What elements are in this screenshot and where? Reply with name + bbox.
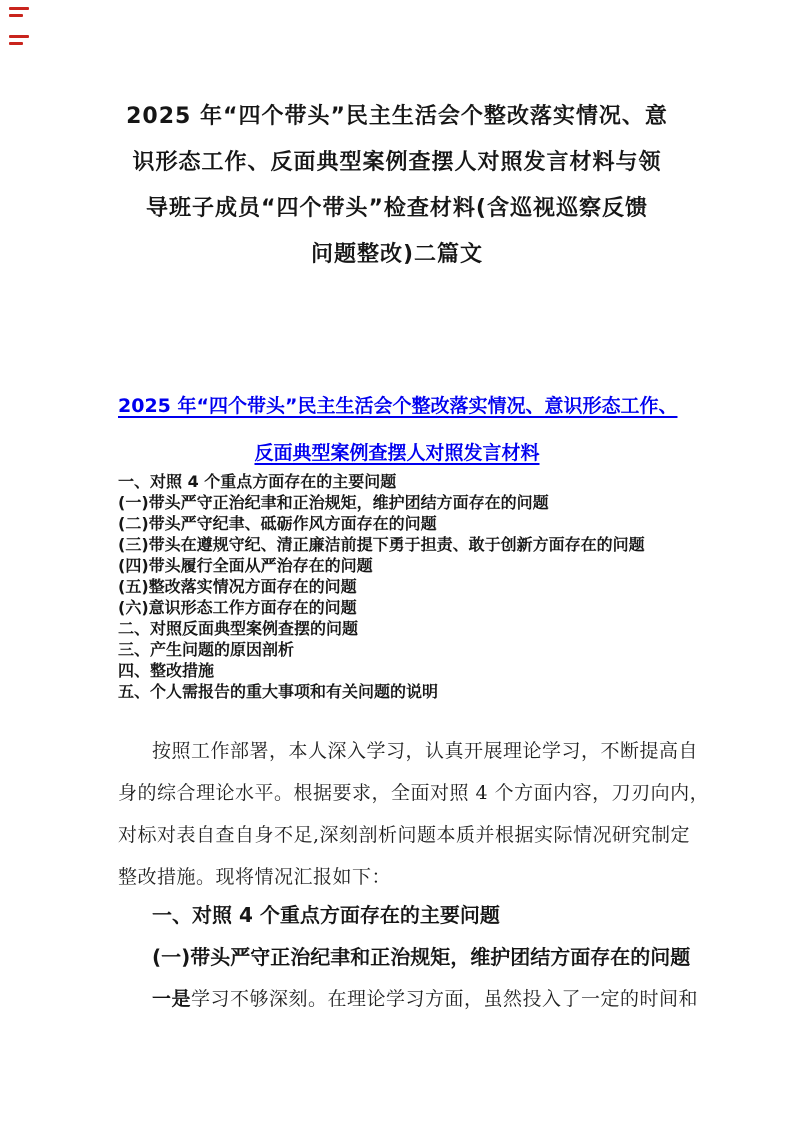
toc-item: (三)带头在遵规守纪、清正廉洁前提下勇于担责、敢于创新方面存在的问题: [118, 534, 676, 555]
document-title-line: 2025 年“四个带头”民主生活会个整改落实情况、意: [118, 94, 676, 140]
paragraph-lead-in: 一是: [152, 988, 191, 1010]
red-annotation-mark: [9, 7, 29, 20]
toc-item: 二、对照反面典型案例查摆的问题: [118, 618, 676, 639]
document-page: 2025 年“四个带头”民主生活会个整改落实情况、意 识形态工作、反面典型案例查…: [0, 0, 793, 1122]
document-title-line: 问题整改)二篇文: [118, 232, 676, 278]
paragraph-line: 对标对表自查自身不足,深刻剖析问题本质并根据实际情况研究制定: [118, 814, 676, 856]
toc-item: (六)意识形态工作方面存在的问题: [118, 597, 676, 618]
toc-item: 五、个人需报告的重大事项和有关问题的说明: [118, 681, 676, 702]
article-link-line: 反面典型案例查摆人对照发言材料: [118, 430, 676, 477]
toc-item: (二)带头严守纪聿、砥砺作风方面存在的问题: [118, 513, 676, 534]
table-of-contents: 一、对照 4 个重点方面存在的主要问题 (一)带头严守正治纪聿和正治规矩，维护团…: [118, 471, 676, 702]
subsection-heading: (一)带头严守正治纪聿和正治规矩，维护团结方面存在的问题: [118, 936, 676, 978]
body-paragraph: 一是学习不够深刻。在理论学习方面，虽然投入了一定的时间和: [118, 978, 676, 1020]
red-mark-stroke: [9, 42, 23, 45]
article-hyperlink[interactable]: 2025 年“四个带头”民主生活会个整改落实情况、意识形态工作、: [118, 395, 677, 417]
toc-item: 三、产生问题的原因剖析: [118, 639, 676, 660]
toc-item: 四、整改措施: [118, 660, 676, 681]
red-annotation-mark: [9, 35, 29, 48]
paragraph-text: 学习不够深刻。在理论学习方面，虽然投入了一定的时间和: [191, 988, 698, 1010]
paragraph-line: 整改措施。现将情况汇报如下：: [118, 856, 676, 898]
article-hyperlink[interactable]: 反面典型案例查摆人对照发言材料: [254, 442, 539, 464]
toc-item: (一)带头严守正治纪聿和正治规矩，维护团结方面存在的问题: [118, 492, 676, 513]
document-title-line: 导班子成员“四个带头”检查材料(含巡视巡察反馈: [118, 186, 676, 232]
toc-item: 一、对照 4 个重点方面存在的主要问题: [118, 471, 676, 492]
document-title: 2025 年“四个带头”民主生活会个整改落实情况、意 识形态工作、反面典型案例查…: [118, 94, 676, 278]
section-heading: 一、对照 4 个重点方面存在的主要问题: [118, 894, 676, 936]
intro-paragraph: 按照工作部署，本人深入学习，认真开展理论学习，不断提高自 身的综合理论水平。根据…: [118, 730, 676, 898]
red-mark-stroke: [9, 7, 29, 10]
red-mark-stroke: [9, 14, 23, 17]
article-link-heading: 2025 年“四个带头”民主生活会个整改落实情况、意识形态工作、 反面典型案例查…: [118, 383, 676, 477]
paragraph-line: 按照工作部署，本人深入学习，认真开展理论学习，不断提高自: [118, 730, 676, 772]
paragraph-line: 身的综合理论水平。根据要求，全面对照 4 个方面内容，刀刃向内，: [118, 772, 676, 814]
article-link-line: 2025 年“四个带头”民主生活会个整改落实情况、意识形态工作、: [118, 383, 676, 430]
document-title-line: 识形态工作、反面典型案例查摆人对照发言材料与领: [118, 140, 676, 186]
toc-item: (五)整改落实情况方面存在的问题: [118, 576, 676, 597]
toc-item: (四)带头履行全面从严治存在的问题: [118, 555, 676, 576]
red-mark-stroke: [9, 35, 29, 38]
